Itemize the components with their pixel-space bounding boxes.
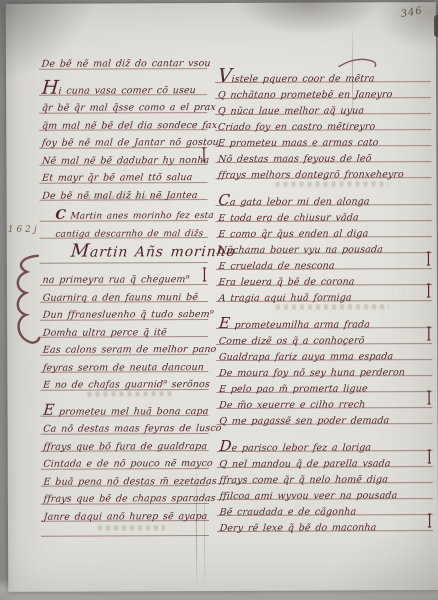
verse-line: Come dizẽ os q̃ a conhoçerõI	[216, 328, 432, 345]
verse-line: foy bẽ nẽ mal de Jantar nõ gostou	[39, 130, 207, 148]
verse-line: Gualdrapa fariz auya mma espada	[216, 344, 432, 361]
stanza: De parisco lebor fez a lorigaQ nel mando…	[217, 435, 433, 532]
line-text: Q me pagassẽ sen poder demada	[217, 413, 390, 429]
rubric: C Martin anes morinho fez estacantiga de…	[40, 203, 208, 239]
verse-line: E toda era de chiusur vãda	[216, 205, 432, 222]
manuscript-photo: 346 162j De bẽ nẽ mal diz̃ do cantar vso…	[0, 0, 438, 600]
manuscript-page: 346 162j De bẽ nẽ mal diz̃ do cantar vso…	[6, 2, 438, 592]
verse-line: Criado foy en castro mẽtireyro	[215, 114, 431, 131]
verse-line: E como q̃r q̃us enden al diga	[216, 221, 432, 238]
verse-line: E buã pena nõ destas m̃ ezetadas	[41, 469, 209, 487]
verse-line: Hi cuna vasa comer cõ useu	[39, 78, 207, 96]
verse-line: De moura foy nõ sey huna perderon	[216, 360, 432, 377]
verse-line: De m̃o xeuerre e cilho rrechI	[216, 392, 432, 409]
verse-line: E prometeumilha arma frada	[216, 312, 432, 329]
stanza: E prometeu mel huã bona capaCa nõ destas…	[40, 399, 209, 522]
verse-line: A tragia aqui huã formigaI	[216, 285, 432, 302]
line-text: E no de chafas guarnid⁹ serõnos	[40, 377, 210, 393]
verse-line: q̃m mal nẽ bẽ del dia sondece fax	[39, 113, 207, 131]
paragraph-mark: I	[426, 251, 431, 267]
verse-line: Q nel mandou q̃ de parella vsadaI	[217, 451, 433, 468]
verse-line: ffrays come q̃r q̃ nelo homẽ diga	[217, 467, 433, 484]
verse-line: Eas calons seram de melhor pano	[40, 337, 208, 355]
line-text: De bẽ nẽ mal diz̃ hi nẽ Jantea	[40, 188, 199, 204]
verse-line: Q nchãtano prometebẽ en Janeyro	[215, 82, 431, 99]
verse-line: Era leuera q̃ bẽ de corona	[216, 269, 432, 286]
paragraph-mark: I	[202, 267, 207, 283]
heading: Martin Añs morinho	[40, 240, 208, 263]
margin-cantiga-number: 162j	[8, 225, 40, 235]
verse-line: E prometeu maas e armas cato	[215, 130, 431, 147]
line-text: Martin Añs morinho	[40, 240, 237, 264]
paragraph-mark: I	[427, 513, 432, 529]
line-text: De bẽ nẽ mal diz̃ do cantar vsou	[39, 56, 211, 72]
line-text: Dery rẽ lexe q̃ bẽ do maconha	[217, 520, 377, 536]
show-through-smudge	[98, 525, 165, 530]
verse-line: Vistele pquero coor de mẽtra	[215, 66, 431, 83]
verse-line: q̃r bẽ q̃r mal q̃sse como a el prax	[39, 95, 207, 113]
verse-line: ffrays melhors dontegrõ fronxeheyro	[215, 162, 431, 179]
verse-line: ffrays que bẽ de chapas sparadas	[41, 486, 209, 504]
verse-line: Dun ffranesluenho q̃ tudo sabem⁹	[40, 302, 208, 320]
stanza: Vistele pquero coor de mẽtraQ nchãtano p…	[215, 66, 431, 179]
verse-line: E cruelada de nesconaI	[216, 253, 432, 270]
ruled-blank-line	[41, 521, 209, 537]
verse-line: De bẽ nẽ mal diz̃ hi nẽ Jantea	[40, 183, 208, 201]
verse-line: Guarnirq a den fauns muni bẽ	[40, 285, 208, 303]
verse-line: Q me pagassẽ sen poder demada	[216, 408, 432, 425]
paragraph-mark: I	[427, 390, 432, 406]
verse-line: Domha ultra perce q̃ itẽ	[40, 320, 208, 338]
stanza: na primeyra rua q̃ cheguem⁹IGuarnirq a d…	[40, 267, 209, 390]
edge-bookmark-mark	[434, 15, 438, 37]
verse-line: Nũchama bouer vyu na pousada	[216, 237, 432, 254]
author-heading: Martin Añs morinho	[40, 240, 208, 264]
verse-line: Q nũca laue melhor aq̃ uyua	[215, 98, 431, 115]
left-text-column: De bẽ nẽ mal diz̃ do cantar vsouHi cuna …	[39, 51, 209, 537]
verse-line: Ca nõ destas maas feyras de lusco	[41, 416, 209, 434]
verse-line: ffrays que bõ fura de gualdrapa	[41, 434, 209, 452]
folio-number: 346	[400, 5, 424, 20]
verse-line: na primeyra rua q̃ cheguem⁹I	[40, 267, 208, 285]
stanza: Hi cuna vasa comer cõ useuq̃r bẽ q̃r mal…	[39, 78, 208, 201]
rubric-line: cantiga descarnho de mal diz̃s	[40, 221, 208, 239]
verse-line: Nõ destas maas feyous de leõ	[215, 146, 431, 163]
verse-line: E prometeu mel huã bona capa	[40, 399, 208, 417]
paragraph-mark: I	[426, 326, 431, 342]
verse-line: Cintada e de nõ pouco nẽ mayco	[41, 451, 209, 469]
stanza: Ca gata lebor mi den alongaE toda era de…	[216, 189, 432, 302]
paragraph-mark: I	[202, 147, 207, 163]
verse-line: ffilcoa ami wyvou veer na pousada	[217, 483, 433, 500]
stanza: E prometeumilha arma fradaCome dizẽ os q…	[216, 312, 432, 425]
verse-line: feyras serom de neuta dancoun	[40, 355, 208, 373]
right-text-column: Vistele pquero coor de mẽtraQ nchãtano p…	[215, 66, 433, 532]
paragraph-mark: I	[427, 449, 432, 465]
verse-line: Bẽ craudada e de cãgonha	[217, 499, 433, 516]
verse-line: Ca gata lebor mi den alonga	[216, 189, 432, 206]
verse-line: E no de chafas guarnid⁹ serõnos	[40, 372, 208, 390]
verse-line: Et mayr q̃r bẽ amel ttõ salua	[39, 165, 207, 183]
verse-line: Dery rẽ lexe q̃ bẽ do maconhaI	[217, 515, 433, 532]
line-text: A tragia aqui huã formiga	[216, 290, 352, 306]
rubric-line: C Martin anes morinho fez esta	[40, 203, 208, 221]
blank	[41, 521, 209, 537]
verse-line: Janre daqui anõ hurep sẽ ayapa	[41, 504, 209, 522]
paragraph-mark: I	[426, 283, 431, 299]
verse-line: E pelo pao m̃ promerta ligue	[216, 376, 432, 393]
verse-line: De parisco lebor fez a loriga	[217, 435, 433, 452]
verse-line: Nẽ mal nẽ bẽ dadubar hy nonhaI	[39, 148, 207, 166]
line-text: ffrays melhors dontegrõ fronxeheyro	[216, 167, 405, 183]
verse-line: De bẽ nẽ mal diz̃ do cantar vsou	[39, 51, 207, 69]
verse-end: De bẽ nẽ mal diz̃ do cantar vsou	[39, 51, 207, 69]
